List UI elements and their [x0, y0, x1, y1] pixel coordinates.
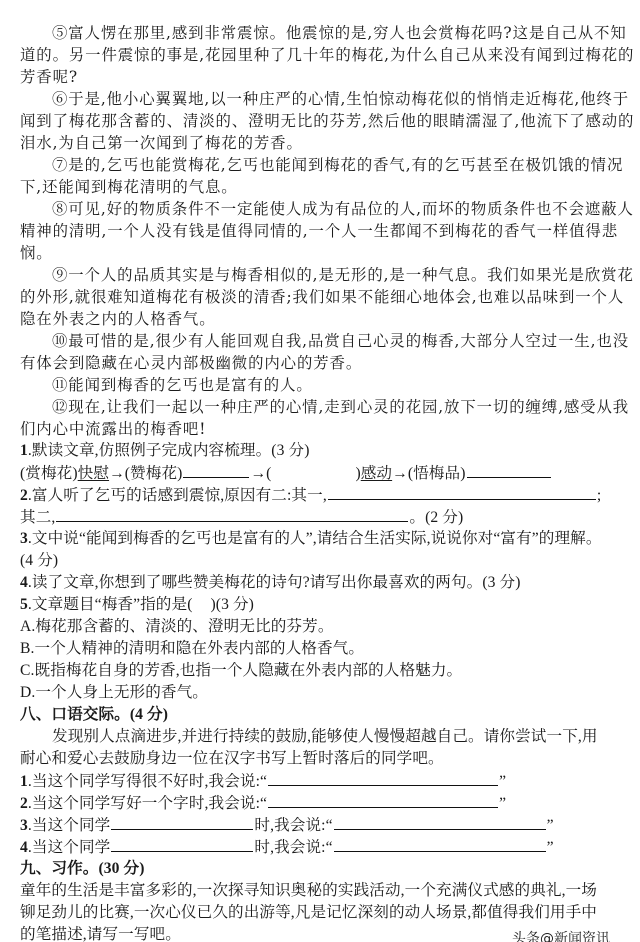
chain-arrow: →: [109, 465, 125, 482]
question-text: .读了文章,你想到了哪些赞美梅花的诗句?请写出你最喜欢的两句。(3 分): [28, 574, 521, 591]
question-5: 5.文章题目“梅香”指的是()(3 分): [20, 594, 254, 616]
watermark: 头条@新闻资讯: [512, 928, 610, 942]
item-number: 2: [20, 795, 28, 812]
section-9-body-line2: 铆足劲儿的比赛,一次心仪已久的出游等,凡是记忆深刻的动人场景,都值得我们用手中: [20, 902, 597, 924]
option-b: B.一个人精神的清明和隐在外表内部的人格香气。: [20, 638, 364, 660]
question-text: .文章题目“梅香”指的是(: [28, 596, 193, 613]
answer-blank-b[interactable]: [183, 462, 249, 478]
oral-item-4: 4.当这个同学时,我会说:“”: [20, 836, 554, 858]
answer-blank-reason-1[interactable]: [328, 484, 596, 500]
item-mid: 时,我会说:“: [254, 817, 332, 834]
passage-p8-line3: 悯。: [20, 242, 53, 264]
passage-p6-line1: ⑥于是,他小心翼翼地,以一种庄严的心情,生怕惊动梅花似的悄悄走近梅花,他终于: [52, 88, 629, 110]
passage-p12-line2: 们内心中流露出的梅香吧!: [20, 418, 206, 440]
option-a: A.梅花那含蓄的、清淡的、澄明无比的芬芳。: [20, 616, 334, 638]
section-8-intro-line1: 发现别人点滴进步,并进行持续的鼓励,能够使人慢慢超越自己。请你尝试一下,用: [52, 726, 598, 748]
item-text: .当这个同学: [28, 839, 110, 856]
section-9-body-line1: 童年的生活是丰富多彩的,一次探寻知识奥秘的实践活动,一个充满仪式感的典礼,一场: [20, 880, 597, 902]
chain-answer-a: 快慰: [78, 465, 109, 482]
oral-item-2: 2.当这个同学写好一个字时,我会说:“”: [20, 792, 506, 814]
passage-p7-line1: ⑦是的,乞丐也能赏梅花,乞丐也能闻到梅花的香气,有的乞丐甚至在极饥饿的情况: [52, 154, 623, 176]
chain-label-a: (赏梅花): [20, 465, 78, 482]
chain-label-d: →(悟梅品): [392, 465, 465, 482]
section-8-title: 八、口语交际。(4 分): [20, 704, 168, 726]
answer-blank-reason-2[interactable]: [56, 506, 408, 522]
answer-blank-d[interactable]: [467, 462, 551, 478]
passage-p5-line2: 道的。另一件震惊的事是,花园里种了几十年的梅花,为什么自己从来没有闻到过梅花的: [20, 44, 634, 66]
question-3: 3.文中说“能闻到梅香的乞丐也是富有的人”,请结合生活实际,说说你对“富有”的理…: [20, 528, 602, 550]
item-number: 4: [20, 839, 28, 856]
section-9-body-line3: 的笔描述,请写一写吧。: [20, 924, 181, 942]
passage-p9-line3: 隐在外表之内的人格香气。: [20, 308, 216, 330]
passage-p7-line2: 下,还能闻到梅花清明的气息。: [20, 176, 238, 198]
passage-p11-line1: ⑪能闻到梅香的乞丐也是富有的人。: [52, 374, 313, 396]
item-text: .当这个同学写得很不好时,我会说:“: [28, 773, 267, 790]
item-number: 1: [20, 773, 28, 790]
answer-blank-quote[interactable]: [268, 770, 498, 786]
section-9-title: 九、习作。(30 分): [20, 858, 145, 880]
question-text: .文中说“能闻到梅香的乞丐也是富有的人”,请结合生活实际,说说你对“富有”的理解…: [28, 530, 602, 547]
passage-p6-line2: 闻到了梅花那含蓄的、清淡的、澄明无比的芬芳,然后他的眼睛濡湿了,他流下了感动的: [20, 110, 634, 132]
close-quote: ”: [547, 839, 554, 856]
option-c: C.既指梅花自身的芳香,也指一个人隐藏在外表内部的人格魅力。: [20, 660, 462, 682]
passage-p6-line3: 泪水,为自己第一次闻到了梅花的芳香。: [20, 132, 303, 154]
question-1: 1.默读文章,仿照例子完成内容梳理。(3 分): [20, 440, 309, 462]
question-number: 1: [20, 442, 28, 459]
passage-p10-line2: 有体会到隐藏在心灵内部极幽微的内心的芳香。: [20, 352, 362, 374]
answer-blank-situation[interactable]: [111, 814, 253, 830]
passage-p8-line1: ⑧可见,好的物质条件不一定能使人成为有品位的人,而坏的物质条件也不会遮蔽人: [52, 198, 634, 220]
question-2: 2.富人听了乞丐的话感到震惊,原因有二:其一,;: [20, 484, 601, 506]
question-1-chain: (赏梅花)快慰→(赞梅花)→()感动→(悟梅品): [20, 462, 552, 484]
answer-blank-quote[interactable]: [334, 814, 546, 830]
option-d: D.一个人身上无形的香气。: [20, 682, 208, 704]
chain-answer-c: 感动: [361, 465, 392, 482]
reason-2-prefix: 其二,: [20, 509, 55, 526]
oral-item-3: 3.当这个同学时,我会说:“”: [20, 814, 554, 836]
question-3-score: (4 分): [20, 550, 58, 572]
passage-p5-line3: 芳香呢?: [20, 66, 78, 88]
passage-p8-line2: 精神的清明,一个人没有钱是值得同情的,一个人一生都闻不到梅花的香气一样值得悲: [20, 220, 618, 242]
answer-blank-situation[interactable]: [111, 836, 253, 852]
question-2-line2: 其二,。(2 分): [20, 506, 463, 528]
question-4: 4.读了文章,你想到了哪些赞美梅花的诗句?请写出你最喜欢的两句。(3 分): [20, 572, 521, 594]
semicolon: ;: [597, 487, 601, 504]
item-number: 3: [20, 817, 28, 834]
question-number: 5: [20, 596, 28, 613]
passage-p12-line1: ⑫现在,让我们一起以一种庄严的心情,走到心灵的花园,放下一切的缠缚,感受从我: [52, 396, 629, 418]
close-quote: ”: [547, 817, 554, 834]
close-quote: ”: [499, 773, 506, 790]
passage-p10-line1: ⑩最可惜的是,很少有人能回观自我,品赏自己心灵的梅香,大部分人空过一生,也没: [52, 330, 629, 352]
chain-open-c: →(: [250, 465, 271, 482]
question-text: .默读文章,仿照例子完成内容梳理。(3 分): [28, 442, 310, 459]
passage-p5-line1: ⑤富人愣在那里,感到非常震惊。他震惊的是,穷人也会赏梅花吗?这是自己从不知: [52, 22, 627, 44]
question-score: )(3 分): [210, 596, 253, 613]
section-8-intro-line2: 耐心和爱心去鼓励身边一位在汉字书写上暂时落后的同学吧。: [20, 748, 444, 770]
oral-item-1: 1.当这个同学写得很不好时,我会说:“”: [20, 770, 506, 792]
exam-page: ⑤富人愣在那里,感到非常震惊。他震惊的是,穷人也会赏梅花吗?这是自己从不知 道的…: [0, 0, 640, 942]
question-number: 3: [20, 530, 28, 547]
passage-p9-line1: ⑨一个人的品质其实是与梅香相似的,是无形的,是一种气息。我们如果光是欣赏花: [52, 264, 634, 286]
item-text: .当这个同学: [28, 817, 110, 834]
item-mid: 时,我会说:“: [254, 839, 332, 856]
passage-p9-line2: 的外形,就很难知道梅花有极淡的清香;我们如果不能细心地体会,也难以品味到一个人: [20, 286, 624, 308]
question-score: 。(2 分): [409, 509, 463, 526]
answer-blank-quote[interactable]: [334, 836, 546, 852]
chain-label-b: (赞梅花): [125, 465, 183, 482]
question-number: 4: [20, 574, 28, 591]
close-quote: ”: [499, 795, 506, 812]
item-text: .当这个同学写好一个字时,我会说:“: [28, 795, 267, 812]
question-text: .富人听了乞丐的话感到震惊,原因有二:其一,: [28, 487, 327, 504]
answer-blank-quote[interactable]: [268, 792, 498, 808]
question-number: 2: [20, 487, 28, 504]
